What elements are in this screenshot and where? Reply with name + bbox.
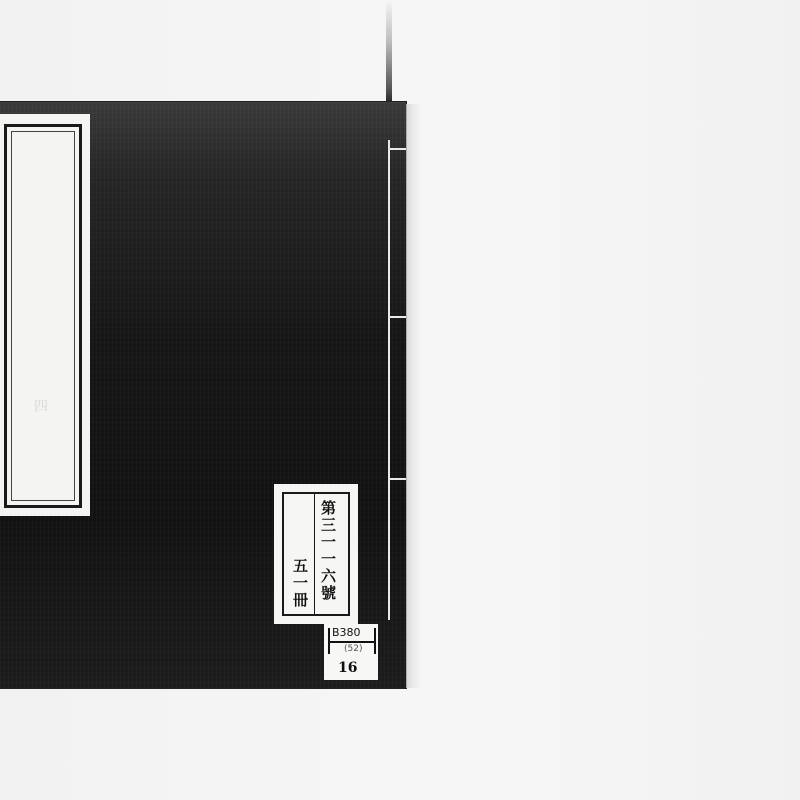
title-slip-inner-frame bbox=[11, 131, 75, 501]
shelf-label-volumes: 五一冊 bbox=[290, 558, 311, 609]
binding-stitch bbox=[388, 148, 406, 150]
shelf-label: 第三一一六號 五一冊 bbox=[274, 484, 358, 624]
title-slip-frame bbox=[4, 124, 82, 508]
binding-stitch bbox=[388, 316, 406, 318]
title-slip: 四 bbox=[0, 114, 90, 516]
shelf-label-frame: 第三一一六號 五一冊 bbox=[282, 492, 350, 616]
call-number: B380 bbox=[332, 626, 361, 639]
title-slip-faint-mark: 四 bbox=[34, 396, 48, 416]
shelf-label-number: 第三一一六號 bbox=[318, 500, 339, 602]
call-sub-number: (52) bbox=[344, 644, 362, 654]
binding-thread bbox=[388, 140, 390, 620]
call-slip-rule bbox=[328, 641, 376, 643]
page-edges bbox=[406, 104, 420, 688]
call-number-slip: B380 (52) 16 bbox=[324, 624, 378, 680]
binding-stitch bbox=[388, 478, 406, 480]
volume-number: 16 bbox=[338, 660, 357, 676]
shelf-label-divider bbox=[314, 494, 315, 614]
binding-rod bbox=[386, 0, 392, 104]
